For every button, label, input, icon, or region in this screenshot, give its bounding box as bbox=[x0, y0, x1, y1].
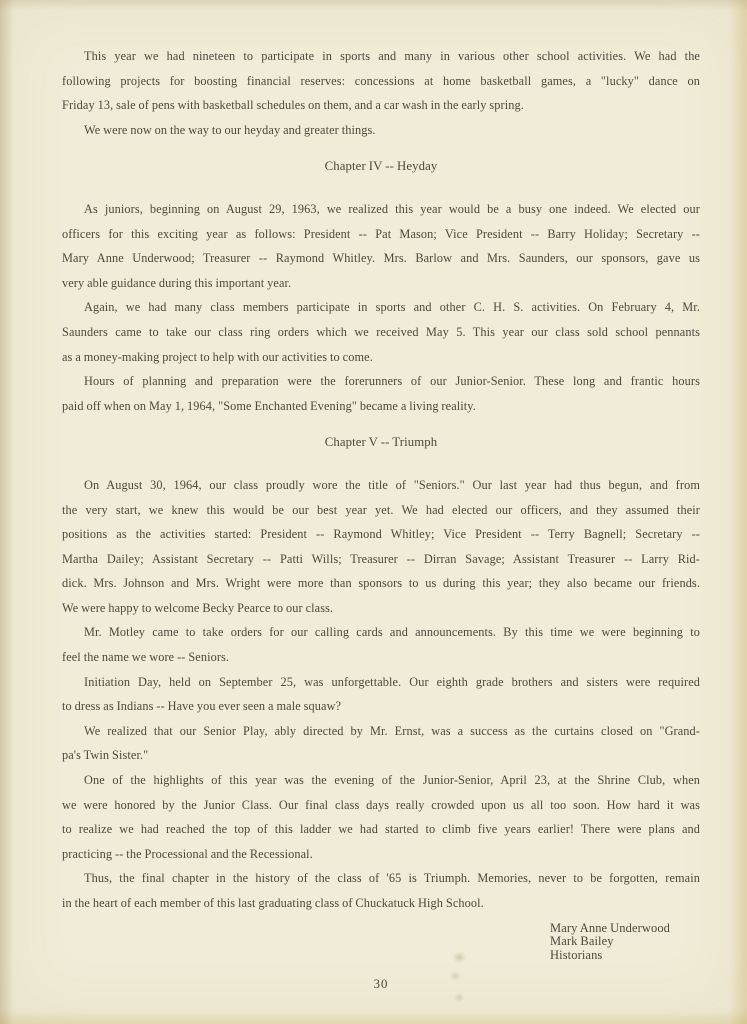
text-line: to realize we had reached the top of thi… bbox=[62, 817, 700, 842]
text-line: We were happy to welcome Becky Pearce to… bbox=[62, 596, 700, 621]
historian-name: Mark Bailey bbox=[550, 935, 700, 949]
body-content: This year we had nineteen to participate… bbox=[62, 44, 700, 916]
chapter-heading: Chapter IV -- Heyday bbox=[62, 154, 700, 179]
text-line: As juniors, beginning on August 29, 1963… bbox=[62, 197, 700, 222]
text-line: paid off when on May 1, 1964, "Some Ench… bbox=[62, 394, 700, 419]
text-line: we were honored by the Junior Class. Our… bbox=[62, 793, 700, 818]
historian-title: Historians bbox=[550, 949, 700, 963]
text-line: dick. Mrs. Johnson and Mrs. Wright were … bbox=[62, 571, 700, 596]
text-line: Saunders came to take our class ring ord… bbox=[62, 320, 700, 345]
text-line: positions as the activities started: Pre… bbox=[62, 522, 700, 547]
text-line: in the heart of each member of this last… bbox=[62, 891, 700, 916]
text-line: Friday 13, sale of pens with basketball … bbox=[62, 93, 700, 118]
historian-name: Mary Anne Underwood bbox=[550, 922, 700, 936]
text-line: Again, we had many class members partici… bbox=[62, 295, 700, 320]
text-line: Mary Anne Underwood; Treasurer -- Raymon… bbox=[62, 246, 700, 271]
text-line: One of the highlights of this year was t… bbox=[62, 768, 700, 793]
text-line: Thus, the final chapter in the history o… bbox=[62, 866, 700, 891]
text-line: We realized that our Senior Play, ably d… bbox=[62, 719, 700, 744]
text-line: We were now on the way to our heyday and… bbox=[62, 118, 700, 143]
text-line: pa's Twin Sister." bbox=[62, 743, 700, 768]
page-number: 30 bbox=[62, 977, 700, 992]
text-line: to dress as Indians -- Have you ever see… bbox=[62, 694, 700, 719]
text-line: following projects for boosting financia… bbox=[62, 69, 700, 94]
text-line: very able guidance during this important… bbox=[62, 271, 700, 296]
text-line: as a money-making project to help with o… bbox=[62, 345, 700, 370]
signature-block: Mary Anne Underwood Mark Bailey Historia… bbox=[62, 922, 700, 963]
text-line: Martha Dailey; Assistant Secretary -- Pa… bbox=[62, 547, 700, 572]
text-line: practicing -- the Processional and the R… bbox=[62, 842, 700, 867]
text-line: Mr. Motley came to take orders for our c… bbox=[62, 620, 700, 645]
page-body: This year we had nineteen to participate… bbox=[62, 0, 700, 992]
document-page: This year we had nineteen to participate… bbox=[0, 0, 747, 1024]
text-line: feel the name we wore -- Seniors. bbox=[62, 645, 700, 670]
text-line: On August 30, 1964, our class proudly wo… bbox=[62, 473, 700, 498]
text-line: Hours of planning and preparation were t… bbox=[62, 369, 700, 394]
chapter-heading: Chapter V -- Triumph bbox=[62, 430, 700, 455]
text-line: officers for this exciting year as follo… bbox=[62, 222, 700, 247]
text-line: This year we had nineteen to participate… bbox=[62, 44, 700, 69]
scan-smudge-artifact bbox=[445, 948, 471, 1010]
text-line: Initiation Day, held on September 25, wa… bbox=[62, 670, 700, 695]
text-line: the very start, we knew this would be ou… bbox=[62, 498, 700, 523]
